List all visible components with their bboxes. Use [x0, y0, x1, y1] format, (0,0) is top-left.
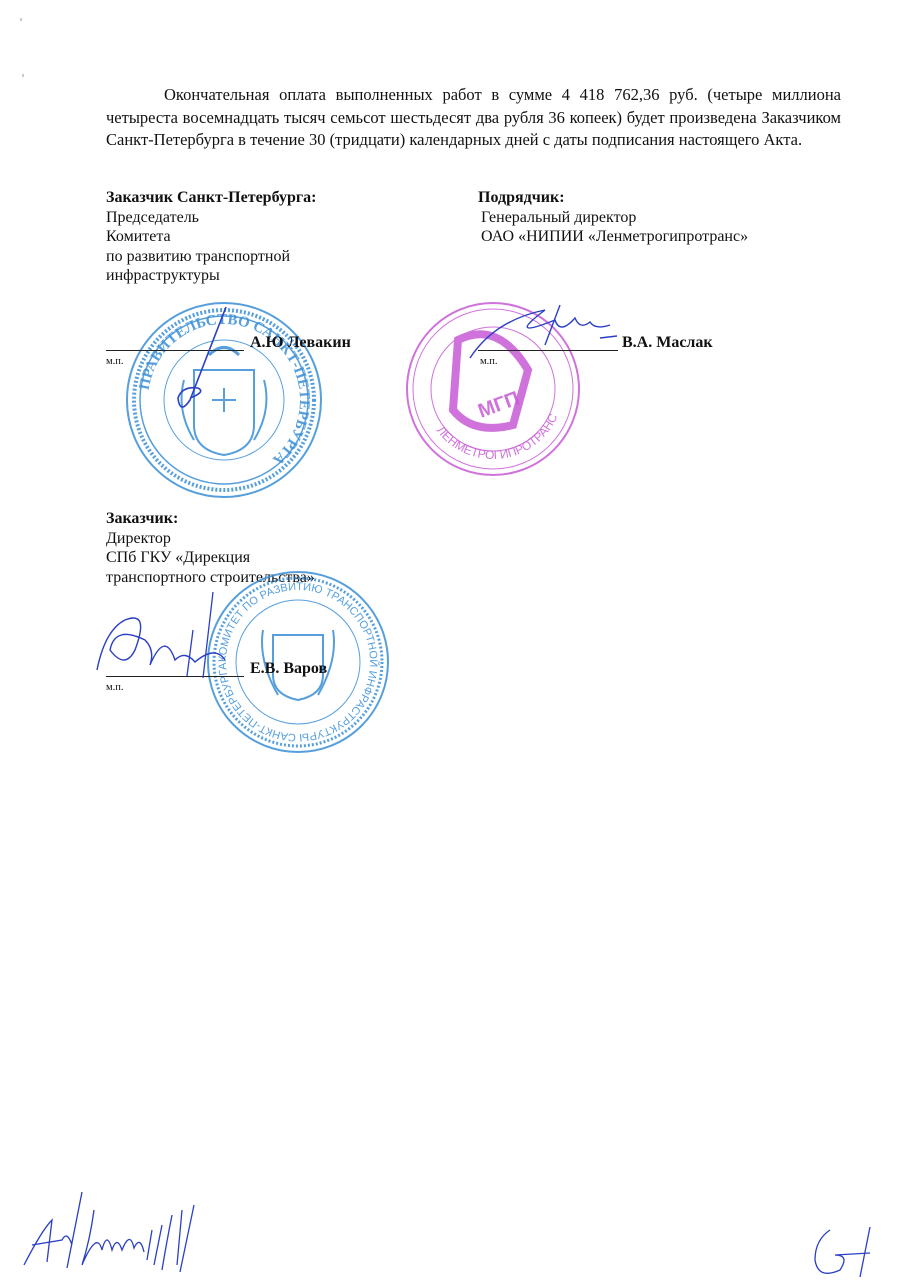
customer-spb-line: по развитию транспортной [106, 247, 316, 267]
svg-text:ЛЕНМЕТРОГИПРОТРАНС: ЛЕНМЕТРОГИПРОТРАНС [434, 411, 561, 462]
seal-label: м.п. [106, 356, 124, 367]
customer-spb-header: Заказчик Санкт-Петербурга: [106, 188, 316, 208]
contractor-header: Подрядчик: [478, 188, 748, 208]
scan-artifact [22, 74, 24, 77]
payment-paragraph: Окончательная оплата выполненных работ в… [106, 84, 841, 152]
contractor-block: Подрядчик: Генеральный директор ОАО «НИП… [478, 188, 748, 247]
footer-initials-right [810, 1225, 880, 1280]
handwritten-signature [465, 300, 615, 360]
contractor-line: ОАО «НИПИИ «Ленметрогипротранс» [478, 227, 748, 247]
customer-line: Директор [106, 529, 315, 549]
handwritten-signature [95, 590, 235, 680]
customer-spb-signatory: А.Ю Левакин [250, 334, 351, 352]
handwritten-signature [160, 305, 240, 425]
customer-spb-line: Председатель [106, 208, 316, 228]
document-page: Окончательная оплата выполненных работ в… [0, 0, 909, 1286]
scan-artifact [20, 18, 22, 21]
customer-header: Заказчик: [106, 509, 315, 529]
customer-line: СПб ГКУ «Дирекция [106, 548, 315, 568]
footer-initials-left [22, 1190, 222, 1270]
customer-signatory: Е.В. Варов [250, 660, 327, 678]
contractor-signatory: В.А. Маслак [622, 334, 713, 352]
customer-spb-line: инфраструктуры [106, 266, 316, 286]
contractor-line: Генеральный директор [478, 208, 748, 228]
customer-spb-line: Комитета [106, 227, 316, 247]
seal-label: м.п. [106, 682, 124, 693]
customer-spb-block: Заказчик Санкт-Петербурга: Председатель … [106, 188, 316, 286]
